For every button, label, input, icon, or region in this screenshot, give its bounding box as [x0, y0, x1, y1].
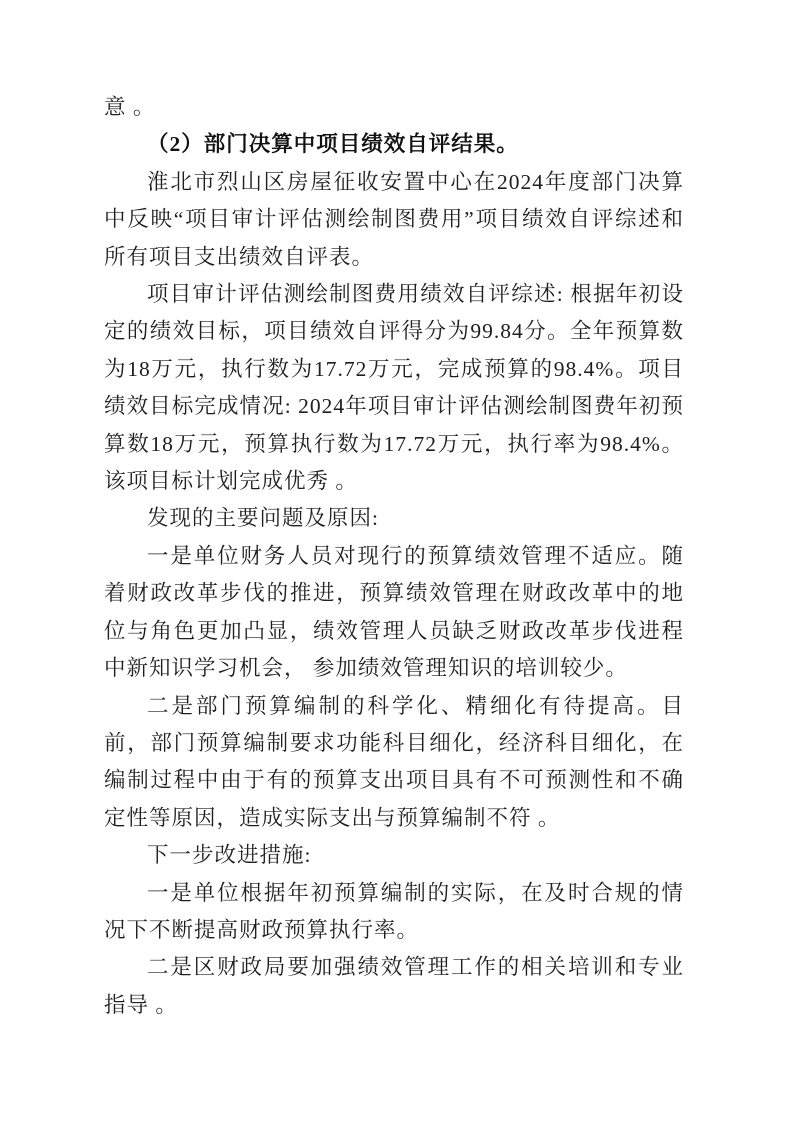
paragraph-decision-summary-intro: 淮北市烈山区房屋征收安置中心在2024年度部门决算中反映“项目审计评估测绘制图费…: [104, 164, 684, 276]
document-text-block: 意 。 （2）部门决算中项目绩效自评结果。 淮北市烈山区房屋征收安置中心在202…: [104, 89, 684, 1024]
paragraph-improvement-heading: 下一步改进措施:: [104, 837, 684, 874]
paragraph-improvement-one: 一是单位根据年初预算编制的实际，在及时合规的情况下不断提高财政预算执行率。: [104, 875, 684, 950]
paragraph-improvement-two: 二是区财政局要加强绩效管理工作的相关培训和专业指导 。: [104, 949, 684, 1024]
section-heading-project-self-evaluation-results: （2）部门决算中项目绩效自评结果。: [104, 126, 684, 163]
paragraph-problems-heading: 发现的主要问题及原因:: [104, 500, 684, 537]
paragraph-continuation: 意 。: [104, 89, 684, 126]
paragraph-self-evaluation-overview: 项目审计评估测绘制图费用绩效自评综述: 根据年初设定的绩效目标，项目绩效自评得分…: [104, 276, 684, 500]
paragraph-problem-two: 二是部门预算编制的科学化、精细化有待提高。目前，部门预算编制要求功能科目细化，经…: [104, 688, 684, 838]
document-page: 意 。 （2）部门决算中项目绩效自评结果。 淮北市烈山区房屋征收安置中心在202…: [0, 0, 794, 1122]
paragraph-problem-one: 一是单位财务人员对现行的预算绩效管理不适应。随着财政改革步伐的推进，预算绩效管理…: [104, 538, 684, 688]
